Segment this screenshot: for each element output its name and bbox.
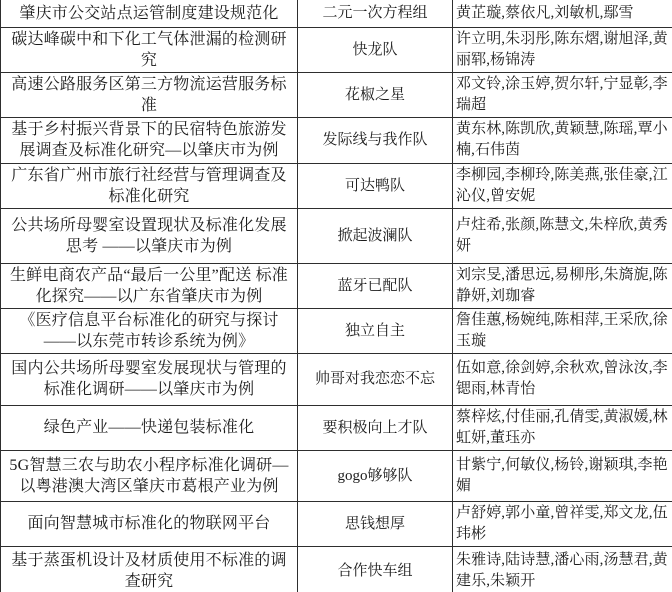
team-name-cell: 花椒之星 bbox=[298, 72, 453, 117]
teams-table: 肇庆市公交站点运管制度建设规范化 二元一次方程组 黄芷璇,蔡依凡,刘敏机,鄢雪 … bbox=[0, 0, 672, 592]
members-cell: 许立明,朱羽彤,陈东熠,谢旭泽,黄丽郓,杨锦涛 bbox=[453, 27, 672, 72]
project-title-cell: 肇庆市公交站点运管制度建设规范化 bbox=[1, 0, 298, 27]
table-row: 《医疗信息平台标准化的研究与探讨——以东莞市转诊系统为例》 独立自主 詹佳蕙,杨… bbox=[1, 308, 672, 353]
teams-table-body: 肇庆市公交站点运管制度建设规范化 二元一次方程组 黄芷璇,蔡依凡,刘敏机,鄢雪 … bbox=[1, 0, 672, 592]
members-cell: 刘宗旻,潘思远,易柳彤,朱旖旎,陈静妍,刘珈睿 bbox=[453, 263, 672, 308]
team-name-cell: 独立自主 bbox=[298, 308, 453, 353]
team-name-cell: 发际线与我作队 bbox=[298, 117, 453, 163]
members-cell: 詹佳蕙,杨婉纯,陈相萍,王采欣,徐玉璇 bbox=[453, 308, 672, 353]
team-name-cell: 快龙队 bbox=[298, 27, 453, 72]
table-row: 绿色产业——快递包装标准化 要积极向上才队 蔡梓炫,付佳丽,孔倩雯,黄淑媛,林虹… bbox=[1, 405, 672, 450]
members-cell: 蔡梓炫,付佳丽,孔倩雯,黄淑媛,林虹妍,董珏亦 bbox=[453, 405, 672, 450]
project-title-cell: 《医疗信息平台标准化的研究与探讨——以东莞市转诊系统为例》 bbox=[1, 308, 298, 353]
project-title-cell: 公共场所母婴室设置现状及标准化发展思考 ——以肇庆市为例 bbox=[1, 208, 298, 263]
table-row: 基于蒸蛋机设计及材质使用不标准的调查研究 合作快车组 朱雅诗,陆诗慧,潘心雨,汤… bbox=[1, 546, 672, 592]
project-title-cell: 广东省广州市旅行社经营与管理调查及标准化研究 bbox=[1, 163, 298, 208]
table-row: 5G智慧三农与助农小程序标准化调研—以粤港澳大湾区肇庆市葛根产业为例 gogo够… bbox=[1, 450, 672, 501]
members-cell: 卢炷希,张颜,陈慧文,朱梓欣,黄秀妍 bbox=[453, 208, 672, 263]
table-row: 基于乡村振兴背景下的民宿特色旅游发展调查及标准化研究—以肇庆市为例 发际线与我作… bbox=[1, 117, 672, 163]
team-name-cell: 帅哥对我恋恋不忘 bbox=[298, 353, 453, 405]
team-name-cell: 二元一次方程组 bbox=[298, 0, 453, 27]
table-row: 生鲜电商农产品“最后一公里”配送 标准化探究——以广东省肇庆市为例 蓝牙已配队 … bbox=[1, 263, 672, 308]
document-page: 肇庆市公交站点运管制度建设规范化 二元一次方程组 黄芷璇,蔡依凡,刘敏机,鄢雪 … bbox=[0, 0, 672, 592]
project-title-cell: 基于蒸蛋机设计及材质使用不标准的调查研究 bbox=[1, 546, 298, 592]
project-title-cell: 绿色产业——快递包装标准化 bbox=[1, 405, 298, 450]
members-cell: 邓文铃,涂玉婷,贺尔轩,宁显彰,李瑞超 bbox=[453, 72, 672, 117]
table-row: 公共场所母婴室设置现状及标准化发展思考 ——以肇庆市为例 掀起波澜队 卢炷希,张… bbox=[1, 208, 672, 263]
table-row: 国内公共场所母婴室发展现状与管理的标准化调研——以肇庆市为例 帅哥对我恋恋不忘 … bbox=[1, 353, 672, 405]
project-title-cell: 碳达峰碳中和下化工气体泄漏的检测研究 bbox=[1, 27, 298, 72]
members-cell: 黄芷璇,蔡依凡,刘敏机,鄢雪 bbox=[453, 0, 672, 27]
team-name-cell: 可达鸭队 bbox=[298, 163, 453, 208]
members-cell: 甘紫宁,何敏仪,杨铃,谢颖琪,李艳媚 bbox=[453, 450, 672, 501]
members-cell: 朱雅诗,陆诗慧,潘心雨,汤慧君,黄建乐,朱颖开 bbox=[453, 546, 672, 592]
members-cell: 伍如意,徐剑婷,余秋欢,曾泳汝,李锶雨,林青怡 bbox=[453, 353, 672, 405]
members-cell: 李柳园,李柳玲,陈美燕,张佳豪,江沁仪,曾安妮 bbox=[453, 163, 672, 208]
team-name-cell: gogo够够队 bbox=[298, 450, 453, 501]
members-cell: 黄东林,陈凯欣,黄颖慧,陈瑶,覃小楠,石伟茵 bbox=[453, 117, 672, 163]
team-name-cell: 思钱想厚 bbox=[298, 501, 453, 546]
team-name-cell: 掀起波澜队 bbox=[298, 208, 453, 263]
project-title-cell: 高速公路服务区第三方物流运营服务标准 bbox=[1, 72, 298, 117]
project-title-cell: 生鲜电商农产品“最后一公里”配送 标准化探究——以广东省肇庆市为例 bbox=[1, 263, 298, 308]
members-cell: 卢舒婷,郭小童,曾祥雯,郑文龙,伍玮彬 bbox=[453, 501, 672, 546]
table-row: 广东省广州市旅行社经营与管理调查及标准化研究 可达鸭队 李柳园,李柳玲,陈美燕,… bbox=[1, 163, 672, 208]
team-name-cell: 蓝牙已配队 bbox=[298, 263, 453, 308]
project-title-cell: 国内公共场所母婴室发展现状与管理的标准化调研——以肇庆市为例 bbox=[1, 353, 298, 405]
table-row: 肇庆市公交站点运管制度建设规范化 二元一次方程组 黄芷璇,蔡依凡,刘敏机,鄢雪 bbox=[1, 0, 672, 27]
project-title-cell: 基于乡村振兴背景下的民宿特色旅游发展调查及标准化研究—以肇庆市为例 bbox=[1, 117, 298, 163]
team-name-cell: 要积极向上才队 bbox=[298, 405, 453, 450]
table-row: 碳达峰碳中和下化工气体泄漏的检测研究 快龙队 许立明,朱羽彤,陈东熠,谢旭泽,黄… bbox=[1, 27, 672, 72]
project-title-cell: 面向智慧城市标准化的物联网平台 bbox=[1, 501, 298, 546]
project-title-cell: 5G智慧三农与助农小程序标准化调研—以粤港澳大湾区肇庆市葛根产业为例 bbox=[1, 450, 298, 501]
table-row: 高速公路服务区第三方物流运营服务标准 花椒之星 邓文铃,涂玉婷,贺尔轩,宁显彰,… bbox=[1, 72, 672, 117]
team-name-cell: 合作快车组 bbox=[298, 546, 453, 592]
table-row: 面向智慧城市标准化的物联网平台 思钱想厚 卢舒婷,郭小童,曾祥雯,郑文龙,伍玮彬 bbox=[1, 501, 672, 546]
